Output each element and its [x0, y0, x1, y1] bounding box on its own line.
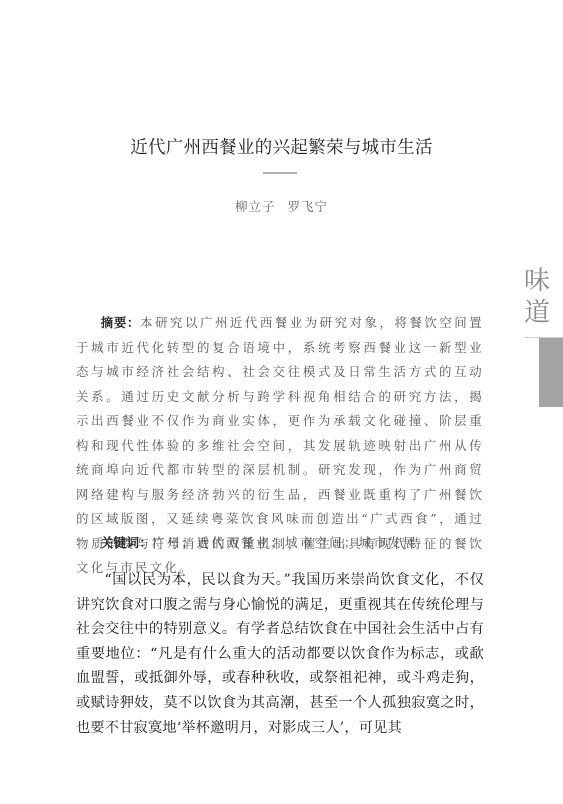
keywords: 关键词：广州；近代西餐业；城市空间；城市发展 [76, 531, 484, 556]
body-paragraph: “国以民为本，民以食为天。”我国历来崇尚饮食文化，不仅讲究饮食对口腹之需与身心愉… [76, 568, 484, 740]
author-name: 罗飞宁 [288, 199, 329, 214]
title-separator [263, 172, 297, 174]
keywords-label: 关键词： [101, 535, 153, 550]
keywords-text: 广州；近代西餐业；城市空间；城市发展 [152, 535, 417, 550]
section-tab-marker [539, 338, 563, 407]
article-title: 近代广州西餐业的兴起繁荣与城市生活 [0, 134, 563, 159]
authors: 柳立子罗飞宁 [0, 197, 563, 215]
abstract-label: 摘要： [101, 315, 140, 330]
section-label: 味道 [522, 265, 552, 329]
author-name: 柳立子 [235, 199, 276, 214]
